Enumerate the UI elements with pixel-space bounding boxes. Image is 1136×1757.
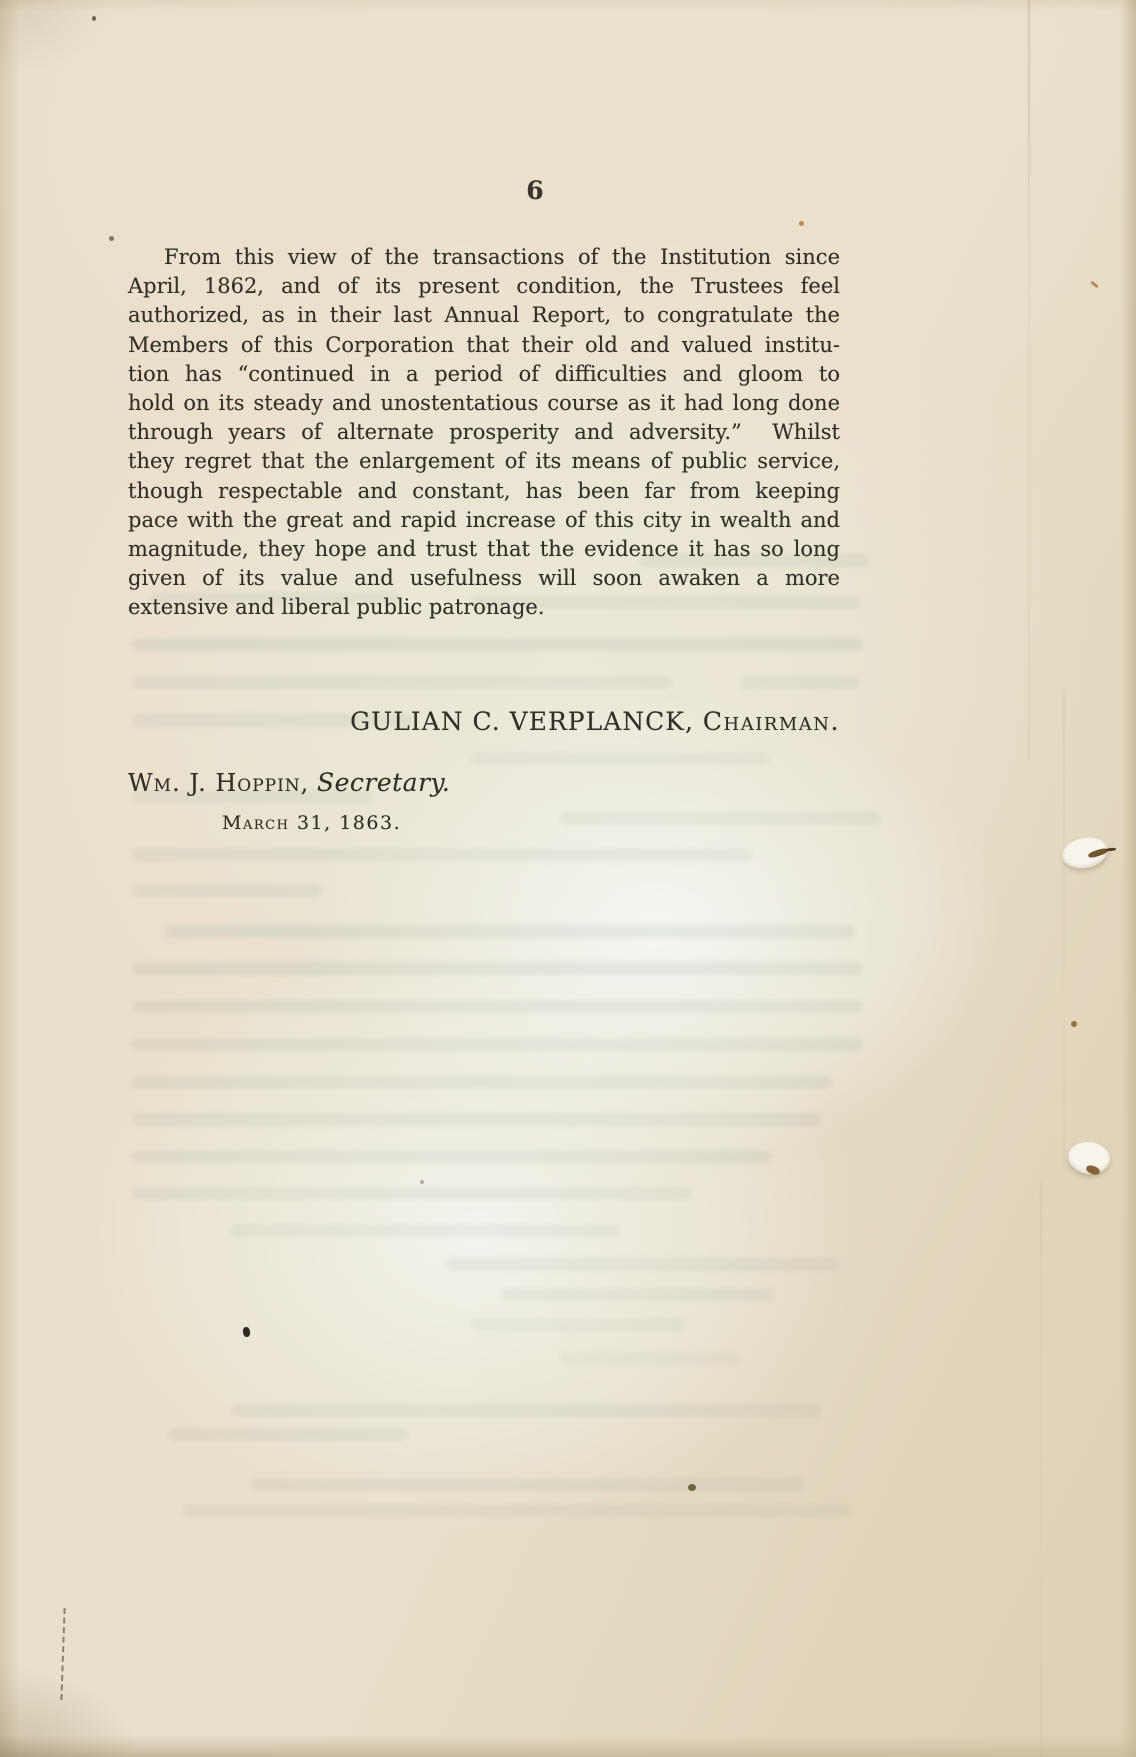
paragraph-line: pace with the great and rapid increase o… <box>128 506 840 535</box>
paragraph-line: through years of alternate prosperity an… <box>128 418 840 447</box>
bleed-through-line <box>182 1504 852 1517</box>
bleed-through-line <box>132 1113 822 1126</box>
bleed-through-line <box>232 1404 822 1417</box>
bleed-through-line <box>560 1352 740 1365</box>
bleed-through-line <box>230 1224 620 1237</box>
bleed-through-line <box>132 1150 772 1163</box>
chairman-name: GULIAN C. VERPLANCK, <box>350 707 694 736</box>
chairman-title: Chairman. <box>703 707 840 736</box>
paragraph-line: given of its value and usefulness will s… <box>128 564 840 593</box>
bleed-through-line <box>250 1478 805 1491</box>
bleed-through-line <box>132 962 862 975</box>
bleed-through-line <box>470 1318 685 1331</box>
paragraph-line: though respectable and constant, has bee… <box>128 477 840 506</box>
page-number: 6 <box>495 176 575 205</box>
bleed-through-line <box>500 1288 775 1301</box>
bleed-through-line <box>132 638 862 651</box>
bleed-through-line <box>132 676 672 689</box>
bleed-through-line <box>740 676 860 689</box>
body-paragraph: From this view of the transactions of th… <box>128 243 840 623</box>
bleed-through-line <box>168 1428 408 1441</box>
bleed-through-line <box>470 752 770 765</box>
paragraph-line: authorized, as in their last Annual Repo… <box>128 301 840 330</box>
bleed-through-line <box>132 1038 862 1051</box>
scanned-page: 6 From this view of the transactions of … <box>0 0 1136 1757</box>
bleed-through-line <box>132 1076 832 1089</box>
secretary-name: Wm. J. Hoppin, <box>128 769 309 797</box>
paragraph-line: Members of this Corporation that their o… <box>128 331 840 360</box>
bleed-through-line <box>132 884 322 897</box>
paragraph-line: From this view of the transactions of th… <box>128 243 840 272</box>
bleed-through-line <box>132 1000 862 1013</box>
bleed-through-line <box>132 848 752 861</box>
bleed-through-line <box>165 925 855 938</box>
paragraph-line: April, 1862, and of its present conditio… <box>128 272 840 301</box>
secretary-signature: Wm. J. Hoppin, Secretary. <box>128 768 450 797</box>
secretary-title: Secretary. <box>317 768 450 797</box>
paragraph-line: they regret that the enlargement of its … <box>128 447 840 476</box>
bleed-through-line <box>560 812 880 825</box>
paragraph-line: magnitude, they hope and trust that the … <box>128 535 840 564</box>
bleed-through-line <box>445 1258 840 1271</box>
paragraph-line: extensive and liberal public patronage. <box>128 593 840 622</box>
paragraph-line: tion has “continued in a period of diffi… <box>128 360 840 389</box>
bleed-through-line <box>132 1187 692 1200</box>
chairman-signature: GULIAN C. VERPLANCK, Chairman. <box>128 707 840 736</box>
date-line: March 31, 1863. <box>222 812 401 834</box>
paragraph-line: hold on its steady and unostentatious co… <box>128 389 840 418</box>
